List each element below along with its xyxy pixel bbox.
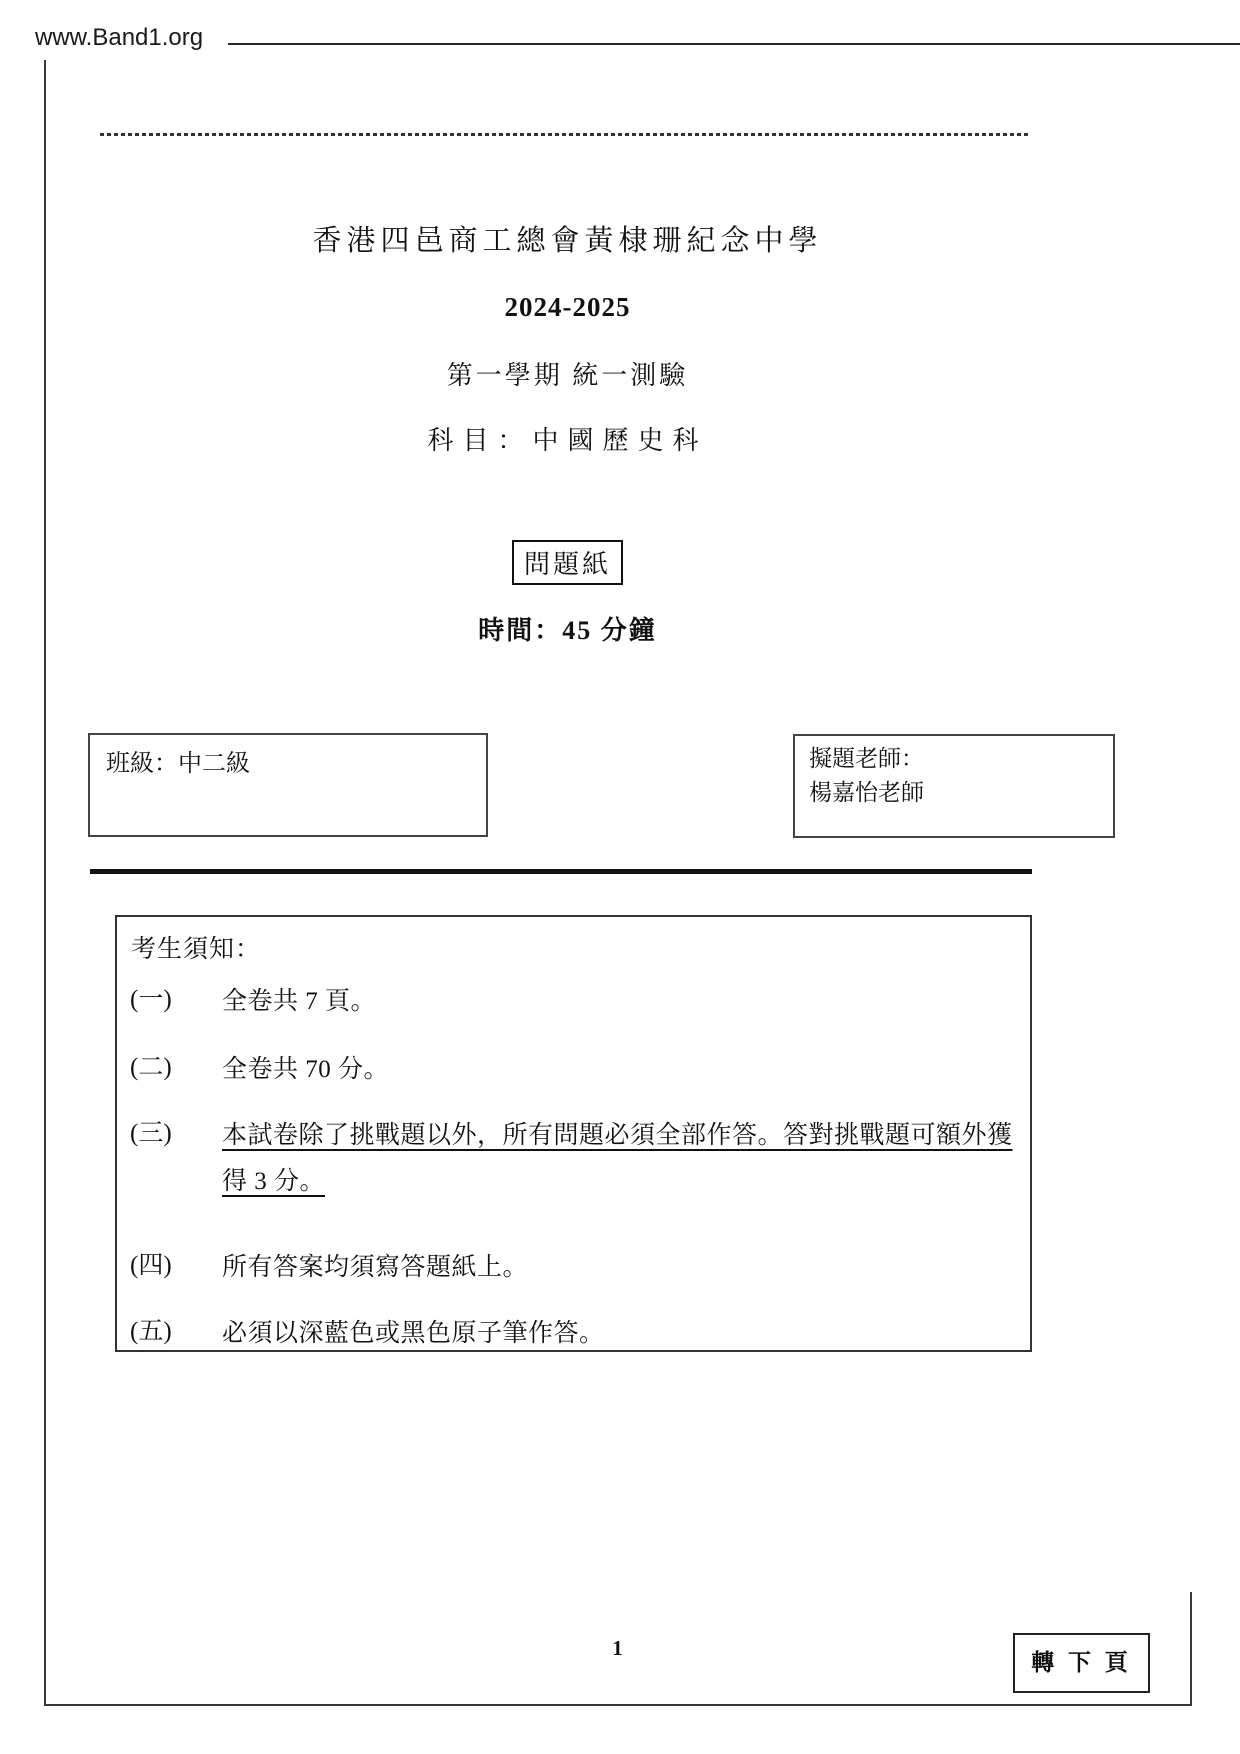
paper-type-wrap: 問題紙 xyxy=(45,540,1090,585)
instruction-number: (一) xyxy=(130,979,218,1015)
duration-line: 時間：45 分鐘 xyxy=(45,610,1090,647)
instruction-text: 所有答案均須寫答題紙上。 xyxy=(222,1245,1022,1291)
instruction-text: 全卷共 70 分。 xyxy=(222,1047,1022,1093)
class-label: 班級：中二級 xyxy=(106,751,250,777)
dashed-separator-line xyxy=(100,133,1030,136)
teacher-info-box: 擬題老師： 楊嘉怡老師 xyxy=(793,734,1115,838)
paper-type-box: 問題紙 xyxy=(512,540,623,585)
teacher-label: 擬題老師： xyxy=(809,742,1099,776)
instruction-number: (三) xyxy=(130,1113,218,1149)
school-year: 2024-2025 xyxy=(45,292,1090,323)
page-frame-right-border xyxy=(1190,1592,1192,1704)
candidate-instructions-box: 考生須知： (一) 全卷共 7 頁。 (二) 全卷共 70 分。 (三) 本試卷… xyxy=(115,915,1032,1352)
school-name: 香港四邑商工總會黃棣珊紀念中學 xyxy=(45,218,1090,259)
instruction-text: 必須以深藍色或黑色原子筆作答。 xyxy=(222,1311,1022,1357)
next-page-box: 轉 下 頁 xyxy=(1013,1633,1150,1693)
subject-line: 科目：中國歷史科 xyxy=(45,420,1090,457)
instruction-number: (四) xyxy=(130,1245,218,1281)
top-horizontal-rule xyxy=(228,43,1240,45)
watermark-site-text: www.Band1.org xyxy=(35,24,203,52)
instruction-number: (二) xyxy=(130,1047,218,1083)
exam-paper-page: www.Band1.org 香港四邑商工總會黃棣珊紀念中學 2024-2025 … xyxy=(0,0,1240,1754)
instruction-text: 本試卷除了挑戰題以外，所有問題必須全部作答。答對挑戰題可額外獲得 3 分。 xyxy=(222,1113,1022,1205)
instruction-text: 全卷共 7 頁。 xyxy=(222,979,1022,1025)
instructions-heading: 考生須知： xyxy=(131,929,261,965)
page-frame-bottom-border xyxy=(44,1704,1192,1706)
teacher-name: 楊嘉怡老師 xyxy=(809,776,1099,810)
thick-divider-line xyxy=(90,869,1032,874)
class-info-box: 班級：中二級 xyxy=(88,733,488,837)
term-exam-title: 第一學期 統一測驗 xyxy=(45,355,1090,392)
instruction-number: (五) xyxy=(130,1311,218,1347)
